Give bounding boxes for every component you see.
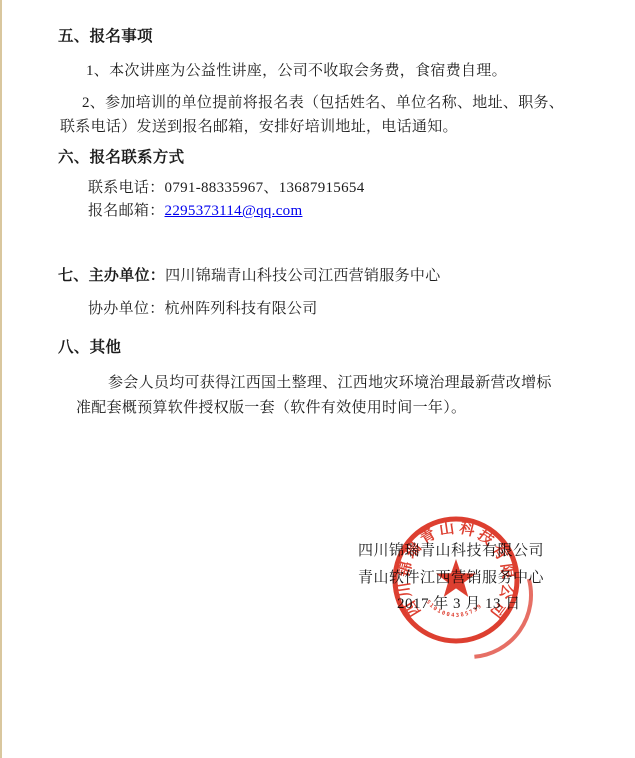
- document-body: 五、报名事项 1、本次讲座为公益性讲座，公司不收取会务费，食宿费自理。 2、参加…: [58, 27, 582, 421]
- section-heading-contact: 六、报名联系方式: [58, 148, 582, 167]
- registration-item-1: 1、本次讲座为公益性讲座，公司不收取会务费，食宿费自理。: [60, 59, 582, 83]
- organizer-host-line: 七、主办单位：四川锦瑞青山科技公司江西营销服务中心: [58, 266, 582, 286]
- co-label: 协办单位：: [88, 301, 165, 317]
- seal-serial-number: 5101004385739: [425, 599, 484, 619]
- phone-numbers: 0791-88335967、13687915654: [165, 180, 365, 196]
- company-seal-stamp: 四川锦瑞青山科技有限公司 5101004385739: [368, 492, 548, 672]
- host-label: 七、主办单位：: [58, 267, 165, 284]
- contact-email-line: 报名邮箱：2295373114@qq.com: [88, 200, 582, 223]
- registration-item-2: 2、参加培训的单位提前将报名表（包括姓名、单位名称、地址、职务、联系电话）发送到…: [60, 91, 566, 139]
- phone-label: 联系电话：: [88, 180, 165, 196]
- contact-phone-line: 联系电话：0791-88335967、13687915654: [88, 177, 582, 200]
- page-edge: [0, 0, 2, 758]
- co-name: 杭州阵列科技有限公司: [165, 301, 318, 317]
- other-body: 参会人员均可获得江西国土整理、江西地灾环境治理最新营改增标准配套概预算软件授权版…: [76, 371, 566, 421]
- seal-star-icon: [436, 559, 476, 597]
- email-link[interactable]: 2295373114@qq.com: [165, 203, 303, 219]
- host-name: 四川锦瑞青山科技公司江西营销服务中心: [165, 268, 440, 284]
- organizer-co-line: 协办单位：杭州阵列科技有限公司: [88, 299, 582, 319]
- section-heading-other: 八、其他: [58, 338, 582, 357]
- section-heading-registration: 五、报名事项: [58, 27, 582, 46]
- seal-graphic: 四川锦瑞青山科技有限公司 5101004385739: [368, 492, 548, 672]
- email-label: 报名邮箱：: [88, 203, 165, 219]
